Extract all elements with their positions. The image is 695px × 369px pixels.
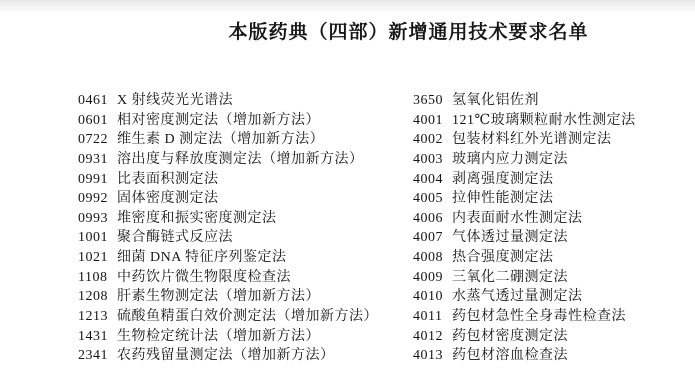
item-code: 0992	[78, 189, 109, 209]
list-item: 4009 三氧化二硼测定法	[413, 268, 636, 288]
list-item: 4011 药包材急性全身毒性检查法	[413, 307, 636, 327]
item-code: 4011	[413, 307, 444, 327]
list-item: 0601 相对密度测定法（增加新方法）	[78, 111, 378, 131]
item-code: 0722	[78, 130, 109, 150]
list-item: 4006 内表面耐水性测定法	[413, 209, 636, 229]
item-name: 玻璃内应力测定法	[452, 150, 568, 170]
list-item: 1431 生物检定统计法（增加新方法）	[78, 327, 378, 347]
list-item: 0992 固体密度测定法	[78, 189, 378, 209]
item-code: 4010	[413, 287, 444, 307]
item-name: 相对密度测定法（增加新方法）	[117, 111, 320, 131]
item-name: 热合强度测定法	[452, 248, 554, 268]
list-item: 4003 玻璃内应力测定法	[413, 150, 636, 170]
item-code: 1021	[78, 248, 109, 268]
list-item: 1001 聚合酶链式反应法	[78, 228, 378, 248]
item-name: 细菌 DNA 特征序列鉴定法	[117, 248, 287, 268]
item-name: 肝素生物测定法（增加新方法）	[117, 287, 320, 307]
item-name: 药包材溶血检查法	[452, 346, 568, 366]
item-code: 4004	[413, 170, 444, 190]
list-item: 0993 堆密度和振实密度测定法	[78, 209, 378, 229]
list-item: 4001 121℃玻璃颗粒耐水性测定法	[413, 111, 636, 131]
item-name: 生物检定统计法（增加新方法）	[117, 327, 320, 347]
list-item: 4012 药包材密度测定法	[413, 327, 636, 347]
list-item: 4007 气体透过量测定法	[413, 228, 636, 248]
item-name: 氢氧化铝佐剂	[452, 91, 539, 111]
list-item: 0722 维生素 D 测定法（增加新方法）	[78, 130, 378, 150]
item-code: 0601	[78, 111, 109, 131]
item-name: 水蒸气透过量测定法	[452, 287, 583, 307]
page-title: 本版药典（四部）新增通用技术要求名单	[0, 17, 695, 44]
item-code: 0931	[78, 150, 109, 170]
item-name: 内表面耐水性测定法	[452, 209, 583, 229]
item-code: 4012	[413, 327, 444, 347]
item-name: 农药残留量测定法（增加新方法）	[117, 346, 335, 366]
item-name: 气体透过量测定法	[452, 228, 568, 248]
document-page: 本版药典（四部）新增通用技术要求名单 0461 X 射线荧光光谱法 0601 相…	[0, 0, 695, 369]
item-name: 包装材料红外光谱测定法	[452, 130, 612, 150]
item-name: 聚合酶链式反应法	[117, 228, 233, 248]
item-name: X 射线荧光光谱法	[117, 91, 233, 111]
list-item: 4010 水蒸气透过量测定法	[413, 287, 636, 307]
item-code: 4002	[413, 130, 444, 150]
item-code: 2341	[78, 346, 109, 366]
list-item: 1208 肝素生物测定法（增加新方法）	[78, 287, 378, 307]
list-item: 0931 溶出度与释放度测定法（增加新方法）	[78, 150, 378, 170]
item-code: 4001	[413, 111, 444, 131]
list-item: 1021 细菌 DNA 特征序列鉴定法	[78, 248, 378, 268]
item-code: 4013	[413, 346, 444, 366]
item-code: 4003	[413, 150, 444, 170]
item-code: 0461	[78, 91, 109, 111]
item-code: 1208	[78, 287, 109, 307]
item-name: 比表面积测定法	[117, 170, 219, 190]
item-name: 固体密度测定法	[117, 189, 219, 209]
item-name: 维生素 D 测定法（增加新方法）	[117, 130, 324, 150]
item-name: 剥离强度测定法	[452, 170, 554, 190]
item-code: 4006	[413, 209, 444, 229]
item-code: 0991	[78, 170, 109, 190]
list-item: 0461 X 射线荧光光谱法	[78, 91, 378, 111]
list-item: 2341 农药残留量测定法（增加新方法）	[78, 346, 378, 366]
page-top-shadow	[0, 0, 695, 14]
list-item: 4008 热合强度测定法	[413, 248, 636, 268]
list-item: 4004 剥离强度测定法	[413, 170, 636, 190]
item-code: 4008	[413, 248, 444, 268]
item-name: 药包材急性全身毒性检查法	[452, 307, 626, 327]
item-code: 1001	[78, 228, 109, 248]
item-name: 中药饮片微生物限度检查法	[117, 268, 291, 288]
list-item: 0991 比表面积测定法	[78, 170, 378, 190]
item-code: 3650	[413, 91, 444, 111]
item-name: 溶出度与释放度测定法（增加新方法）	[117, 150, 364, 170]
list-item: 4005 拉伸性能测定法	[413, 189, 636, 209]
item-code: 1213	[78, 307, 109, 327]
list-item: 1213 硫酸鱼精蛋白效价测定法（增加新方法）	[78, 307, 378, 327]
item-name: 堆密度和振实密度测定法	[117, 209, 277, 229]
item-name: 硫酸鱼精蛋白效价测定法（增加新方法）	[117, 307, 378, 327]
list-column-right: 3650 氢氧化铝佐剂 4001 121℃玻璃颗粒耐水性测定法 4002 包装材…	[413, 91, 636, 366]
list-item: 4002 包装材料红外光谱测定法	[413, 130, 636, 150]
item-code: 1108	[78, 268, 109, 288]
item-code: 4009	[413, 268, 444, 288]
item-code: 4007	[413, 228, 444, 248]
list-item: 3650 氢氧化铝佐剂	[413, 91, 636, 111]
item-name: 拉伸性能测定法	[452, 189, 554, 209]
item-code: 0993	[78, 209, 109, 229]
item-code: 4005	[413, 189, 444, 209]
item-name: 药包材密度测定法	[452, 327, 568, 347]
item-name: 三氧化二硼测定法	[452, 268, 568, 288]
item-name: 121℃玻璃颗粒耐水性测定法	[452, 111, 636, 131]
list-column-left: 0461 X 射线荧光光谱法 0601 相对密度测定法（增加新方法） 0722 …	[78, 91, 378, 366]
item-code: 1431	[78, 327, 109, 347]
list-item: 1108 中药饮片微生物限度检查法	[78, 268, 378, 288]
list-item: 4013 药包材溶血检查法	[413, 346, 636, 366]
